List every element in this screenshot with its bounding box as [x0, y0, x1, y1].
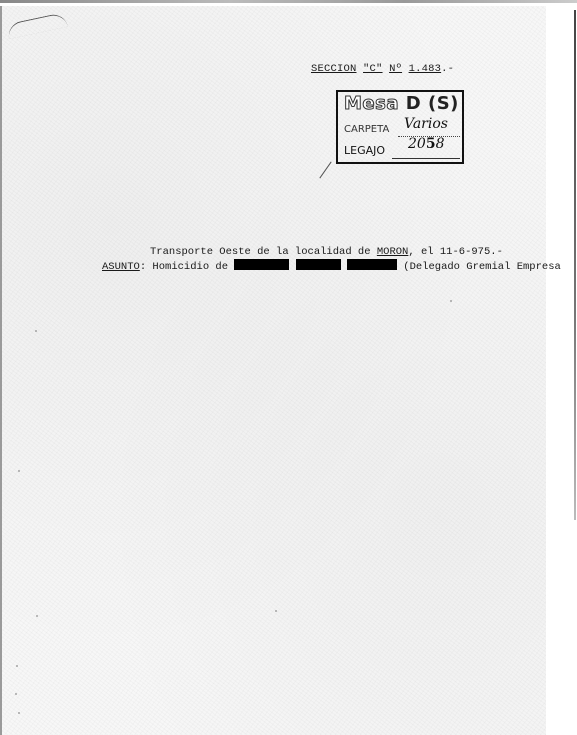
legajo-part: 8 [436, 136, 445, 152]
asunto-label: ASUNTO [102, 261, 140, 273]
legajo-part: 20 [408, 136, 426, 152]
seccion-label: SECCION [311, 63, 357, 75]
asunto-place: MORON [377, 246, 409, 258]
paper-curl-mark [6, 12, 68, 39]
stamp-legajo-value: 2058 [408, 136, 445, 152]
seccion-value: "C" [363, 63, 383, 75]
legajo-part-bold: 5 [426, 136, 436, 152]
stamp-carpeta-value: Varios [404, 116, 448, 132]
asunto-text: , el 11-6-975.- [408, 246, 503, 258]
stamp-legajo-label: LEGAJO [344, 144, 385, 157]
stamp-mesa: Mesa D (S) [344, 93, 459, 114]
asunto-text: Homicidio de [152, 261, 234, 273]
asunto-text: (Delegado Gremial Empresa [397, 261, 561, 273]
scan-top-edge [0, 0, 577, 3]
asunto-text: Transporte Oeste de la localidad de [150, 246, 377, 258]
stamp-mesa-value: D (S) [406, 93, 459, 114]
document-page [0, 6, 546, 735]
redaction-bar [347, 259, 397, 270]
asunto-block: ASUNTO: Homicidio de (Delegado Gremial E… [102, 231, 561, 302]
numero-value: 1.483 [409, 63, 442, 75]
stamp-legajo-line [392, 158, 460, 159]
header-suffix: .- [441, 63, 454, 75]
stamp-carpeta-label: CARPETA [344, 124, 389, 135]
asunto-colon: : [140, 261, 153, 273]
asunto-line-2: Transporte Oeste de la localidad de MORO… [150, 245, 503, 259]
section-header: SECCION "C" Nº 1.483.- [311, 63, 454, 75]
asunto-line-1: ASUNTO: Homicidio de (Delegado Gremial E… [102, 259, 561, 274]
archive-stamp: Mesa D (S) CARPETA Varios LEGAJO 2058 [336, 90, 464, 164]
redaction-bar [234, 259, 289, 270]
redaction-bar [296, 259, 341, 270]
stamp-mesa-prefix: Mesa [344, 93, 399, 114]
numero-label: Nº [389, 63, 402, 75]
scan-edge-line [574, 10, 576, 520]
